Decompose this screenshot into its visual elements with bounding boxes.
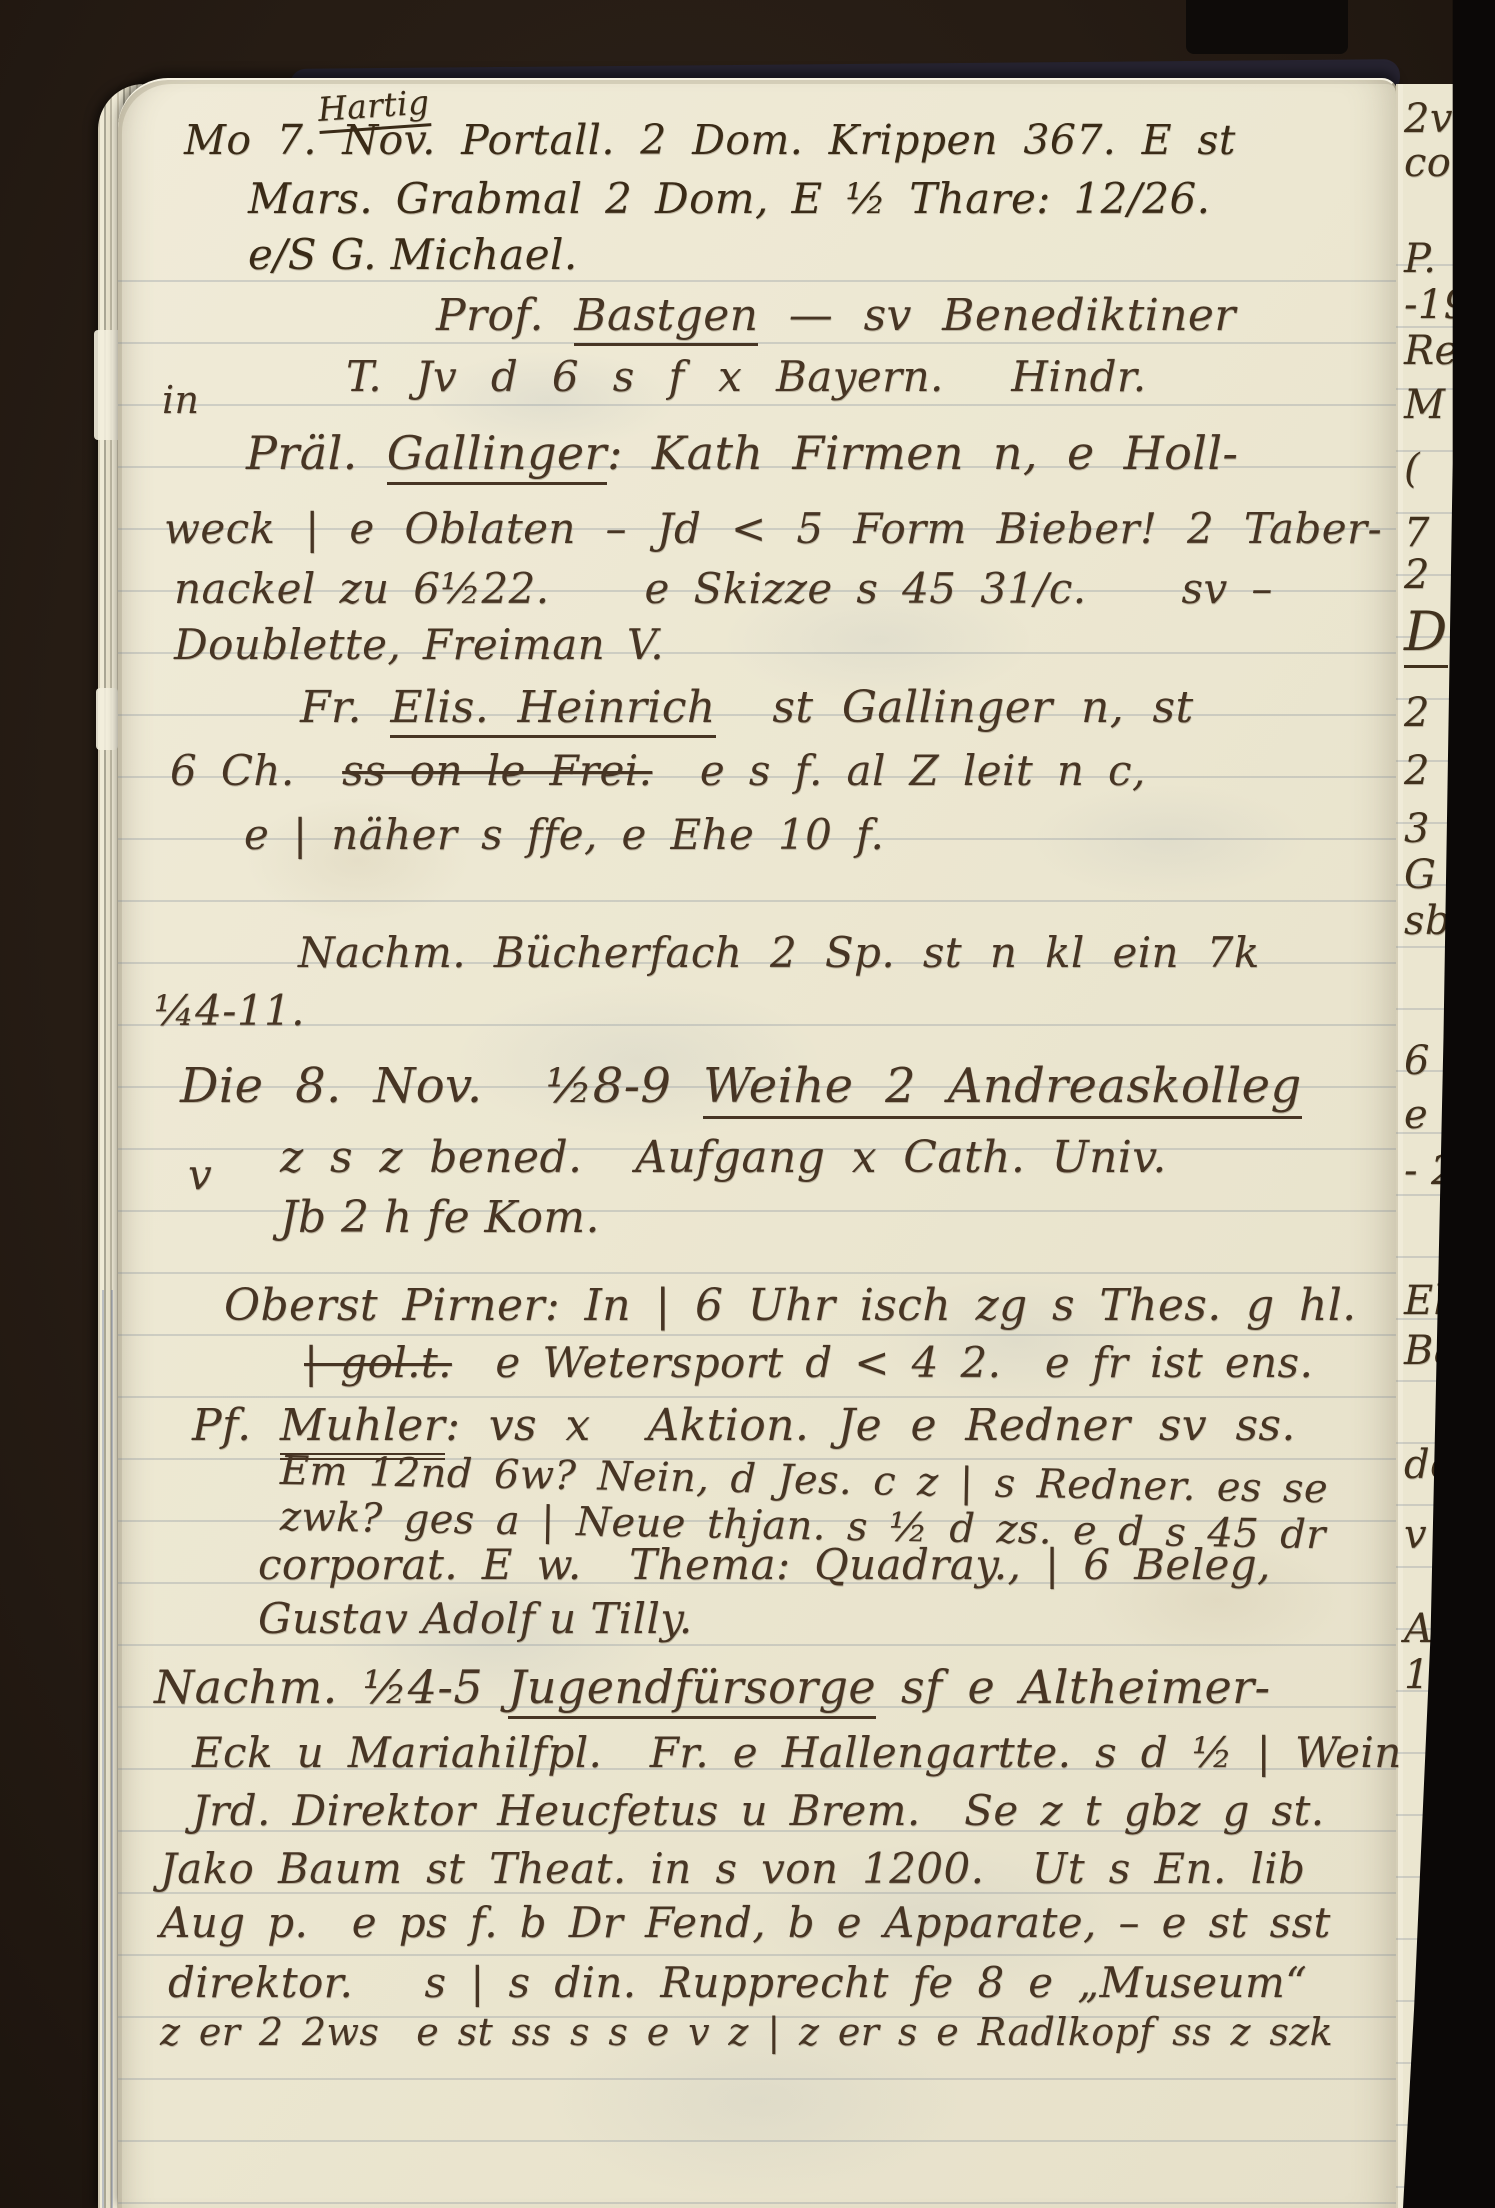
ruled-lines <box>118 220 1396 2208</box>
page-fragment: 2v <box>1404 96 1453 142</box>
left-page <box>118 78 1398 2208</box>
tape-patch <box>96 688 118 750</box>
notebook-photo: 2vcoP. |-19RegM(72D223Gsb6 se C- 2ElsBad… <box>0 0 1495 2208</box>
cover-corner-block <box>1186 0 1348 54</box>
page-fragment: co <box>1404 140 1451 186</box>
